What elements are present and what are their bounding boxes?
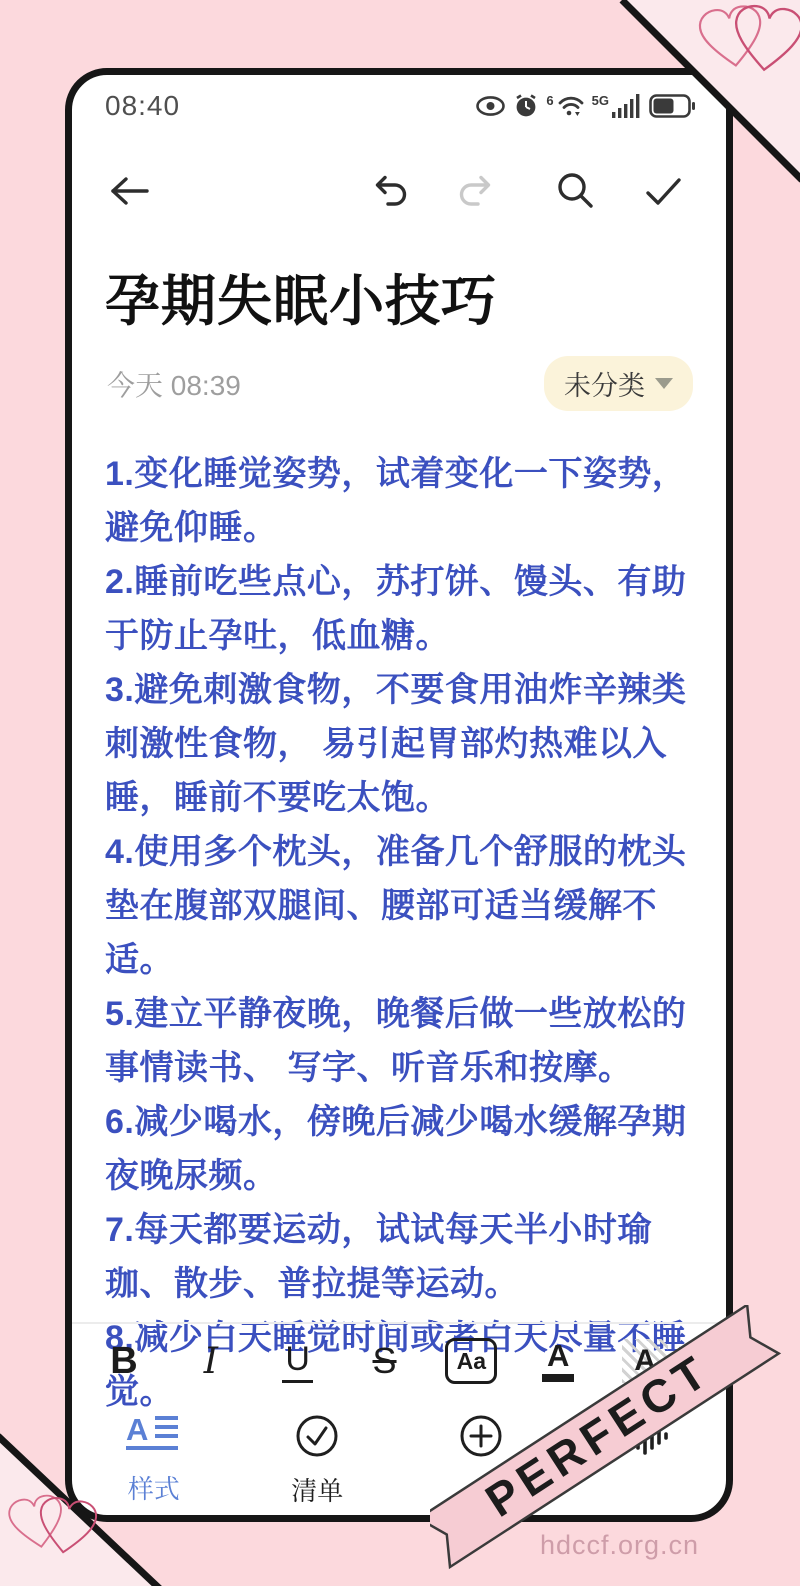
note-meta-row: 今天 08:39 未分类	[107, 356, 693, 411]
eye-comfort-icon	[475, 95, 506, 117]
note-body[interactable]: 1.变化睡觉姿势，试着变化一下姿势，避免仰睡。2.睡前吃些点心，苏打饼、馒头、有…	[105, 447, 697, 1419]
note-paragraph: 1.变化睡觉姿势，试着变化一下姿势，避免仰睡。	[105, 447, 697, 555]
category-badge[interactable]: 未分类	[544, 356, 693, 411]
watermark: hdccf.org.cn	[540, 1530, 699, 1561]
note-paragraph: 7.每天都要运动，试试每天半小时瑜珈、散步、普拉提等运动。	[105, 1203, 697, 1311]
note-paragraph: 5.建立平静夜晚，晚餐后做一些放松的事情读书、 写字、听音乐和按摩。	[105, 987, 697, 1095]
note-paragraph: 4.使用多个枕头，准备几个舒服的枕头垫在腹部双腿间、腰部可适当缓解不适。	[105, 825, 697, 987]
clock-time: 08:40	[105, 90, 180, 122]
underline-button[interactable]: U	[282, 1340, 313, 1383]
back-icon[interactable]	[105, 170, 151, 212]
note-title[interactable]: 孕期失眠小技巧	[105, 257, 695, 336]
note-timestamp: 今天 08:39	[107, 364, 241, 404]
note-paragraph: 6.减少喝水，傍晚后减少喝水缓解孕期夜晚尿频。	[105, 1095, 697, 1203]
ribbon-text: PERFECT	[476, 1343, 720, 1526]
alarm-icon	[513, 93, 539, 119]
nav-item-checklist[interactable]: 清单	[236, 1413, 400, 1513]
category-label: 未分类	[564, 364, 645, 403]
phone-screen: 08:40 6	[65, 68, 733, 1522]
chevron-down-icon	[655, 378, 673, 389]
bottom-left-corner-decoration	[0, 1380, 200, 1586]
note-paragraph: 2.睡前吃些点心，苏打饼、馒头、有助于防止孕吐，低血糖。	[105, 555, 697, 663]
redo-icon	[454, 170, 500, 212]
screenshot-canvas: 08:40 6	[0, 0, 800, 1586]
top-right-corner-decoration	[540, 0, 800, 260]
checklist-icon	[294, 1413, 340, 1464]
note-paragraph: 3.避免刺激食物，不要食用油炸辛辣类刺激性食物， 易引起胃部灼热难以入睡，睡前不…	[105, 663, 697, 825]
undo-icon[interactable]	[366, 170, 412, 212]
nav-label-checklist: 清单	[291, 1471, 343, 1508]
strikethrough-button[interactable]: S	[359, 1333, 411, 1389]
